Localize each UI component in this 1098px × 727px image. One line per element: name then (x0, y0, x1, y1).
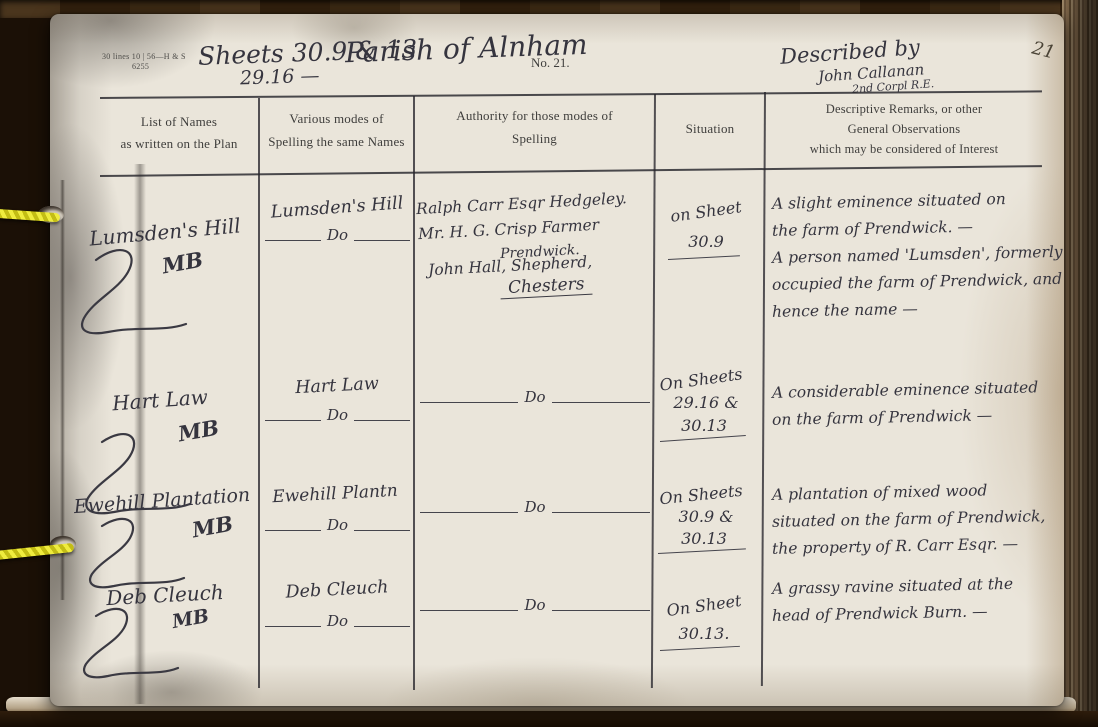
col-header-remarks: General Observations (766, 122, 1042, 137)
authority-line: Chesters (500, 274, 593, 299)
situation-line: 30.9 (650, 232, 762, 251)
situation-line: 30.13 (648, 529, 760, 548)
situation-line: 30.13. (648, 624, 760, 643)
col-header-remarks: which may be considered of Interest (766, 142, 1042, 157)
form-imprint-line1: 30 lines 10 | 56—H & S (102, 52, 186, 61)
table-background-bottom (0, 711, 1098, 727)
book-page-edges (1062, 0, 1098, 727)
col-header-authority: Authority for those modes of (415, 108, 654, 124)
ditto-mark: Do (265, 226, 410, 244)
ditto-mark: Do (265, 612, 410, 630)
situation-line: 30.13 (648, 416, 760, 435)
ditto-mark: Do (420, 388, 650, 406)
col-header-spelling: Various modes of (260, 111, 413, 127)
col-header-authority: Spelling (415, 131, 654, 147)
col-header-names: as written on the Plan (100, 136, 258, 152)
ditto-mark: Do (420, 596, 650, 614)
form-number-label: No. 21. (531, 55, 570, 71)
flourish-mark-icon (68, 242, 198, 352)
flourish-mark-icon (70, 604, 190, 688)
sheets-title-alt: 29.16 — (240, 65, 320, 90)
col-header-spelling: Spelling the same Names (260, 134, 413, 150)
ditto-mark: Do (420, 498, 650, 516)
form-imprint-line2: 6255 (132, 62, 149, 71)
col-header-situation: Situation (656, 121, 764, 137)
ditto-mark: Do (265, 406, 410, 424)
ditto-mark: Do (265, 516, 410, 534)
col-header-names: List of Names (100, 114, 258, 130)
situation-line: 29.16 & (650, 393, 762, 412)
name-book-page-scan: 21 30 lines 10 | 56—H & S 6255 Sheets 30… (0, 0, 1098, 727)
col-header-remarks: Descriptive Remarks, or other (766, 102, 1042, 117)
situation-line: 30.9 & (650, 507, 762, 526)
column-divider (413, 96, 415, 690)
